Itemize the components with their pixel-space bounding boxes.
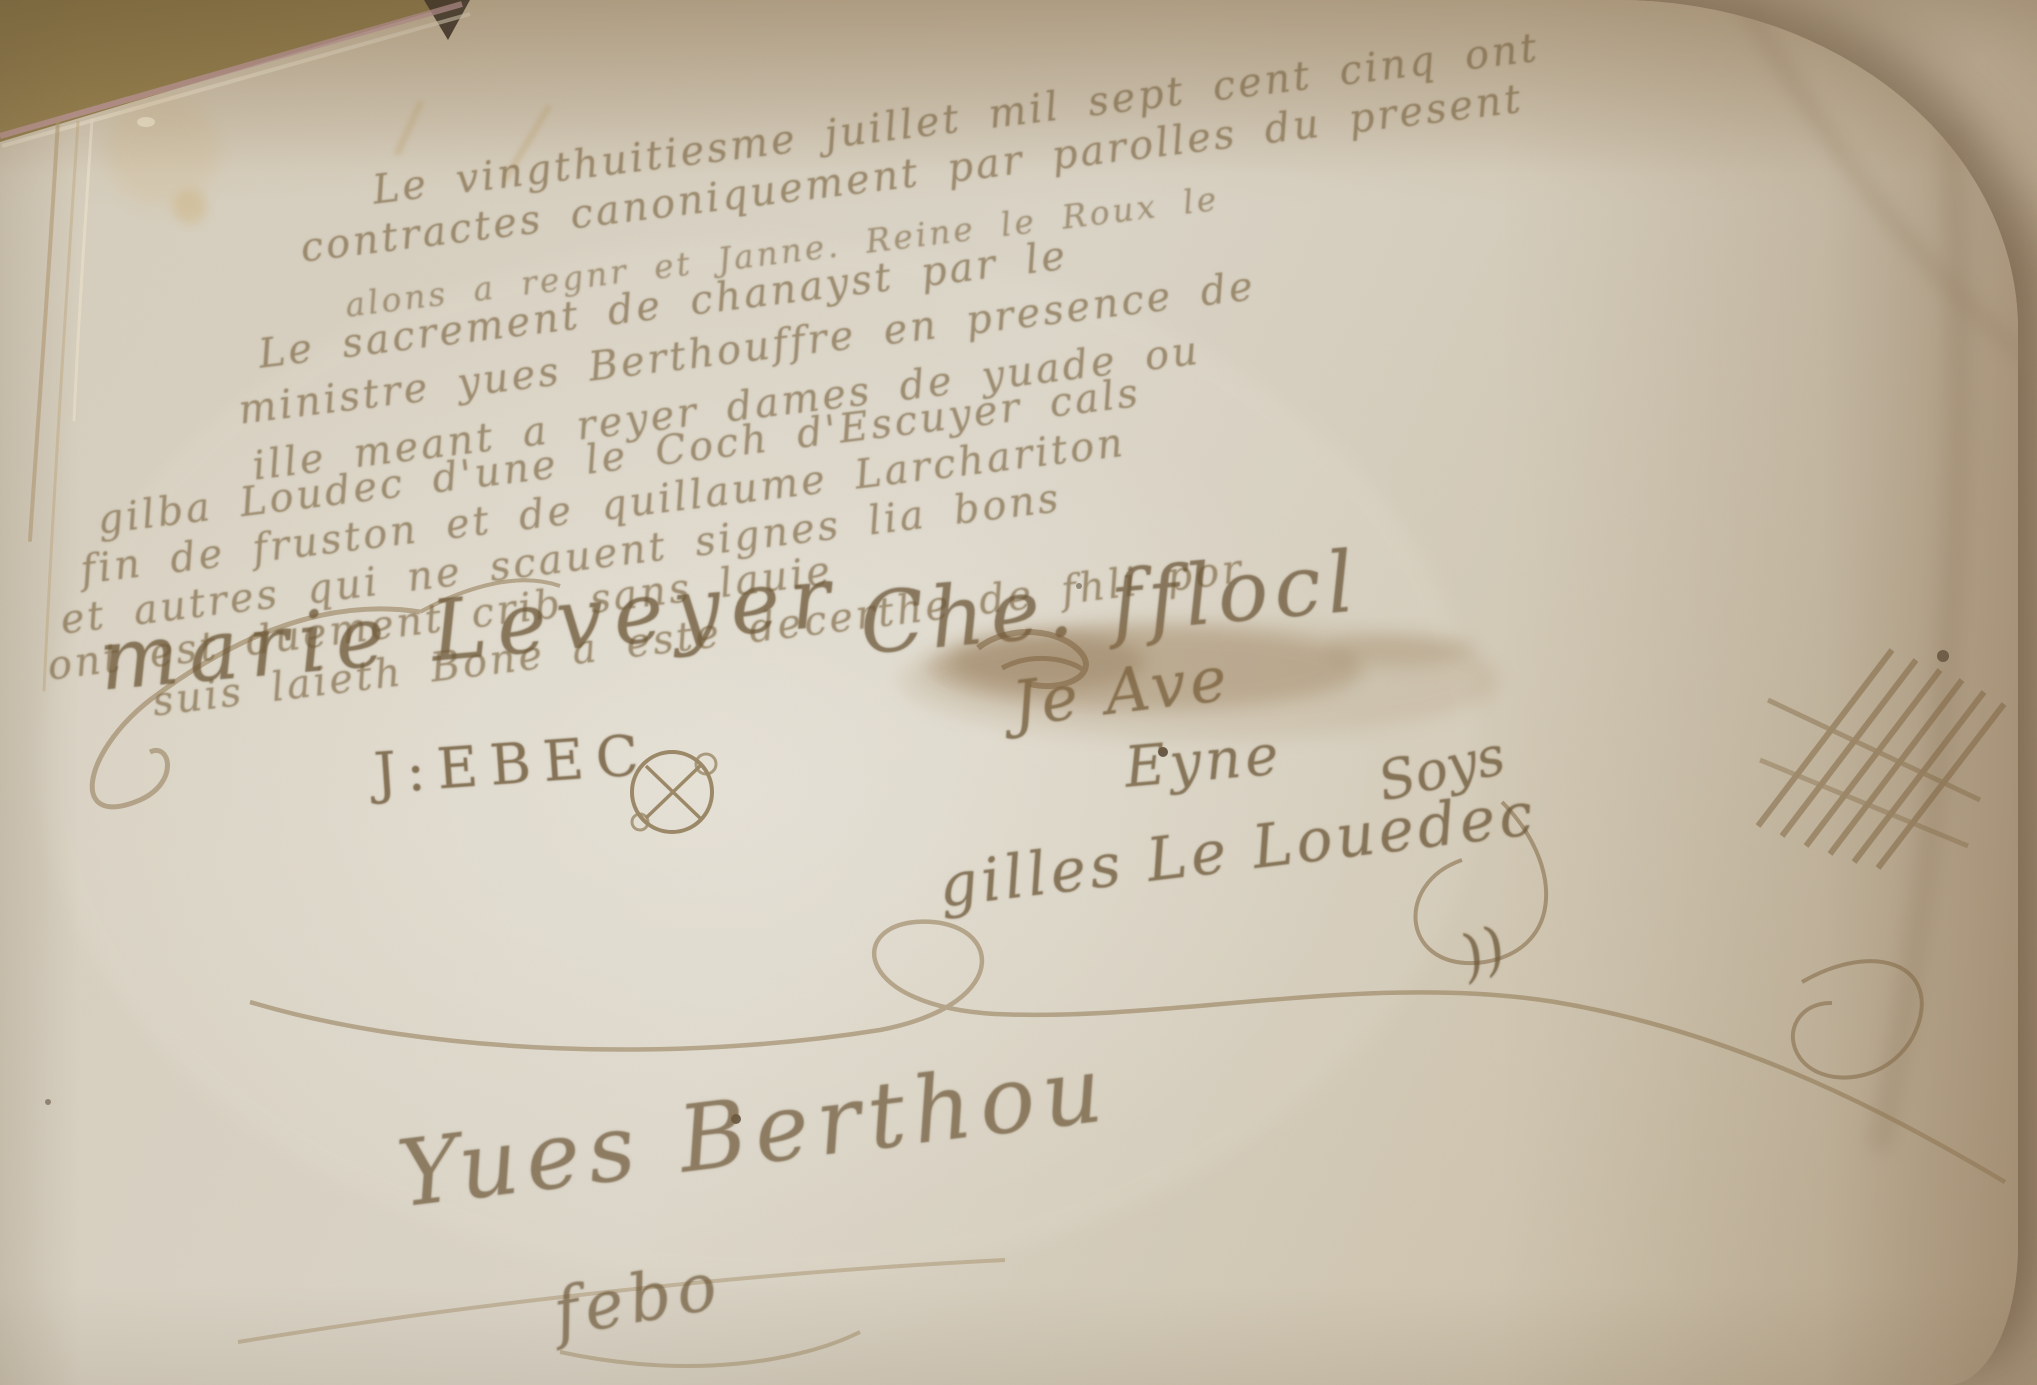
manuscript-photo: Le vingthuitiesme juillet mil sept cent … [0, 0, 2037, 1385]
signature-flourish-3: Eyne [1122, 722, 1285, 801]
